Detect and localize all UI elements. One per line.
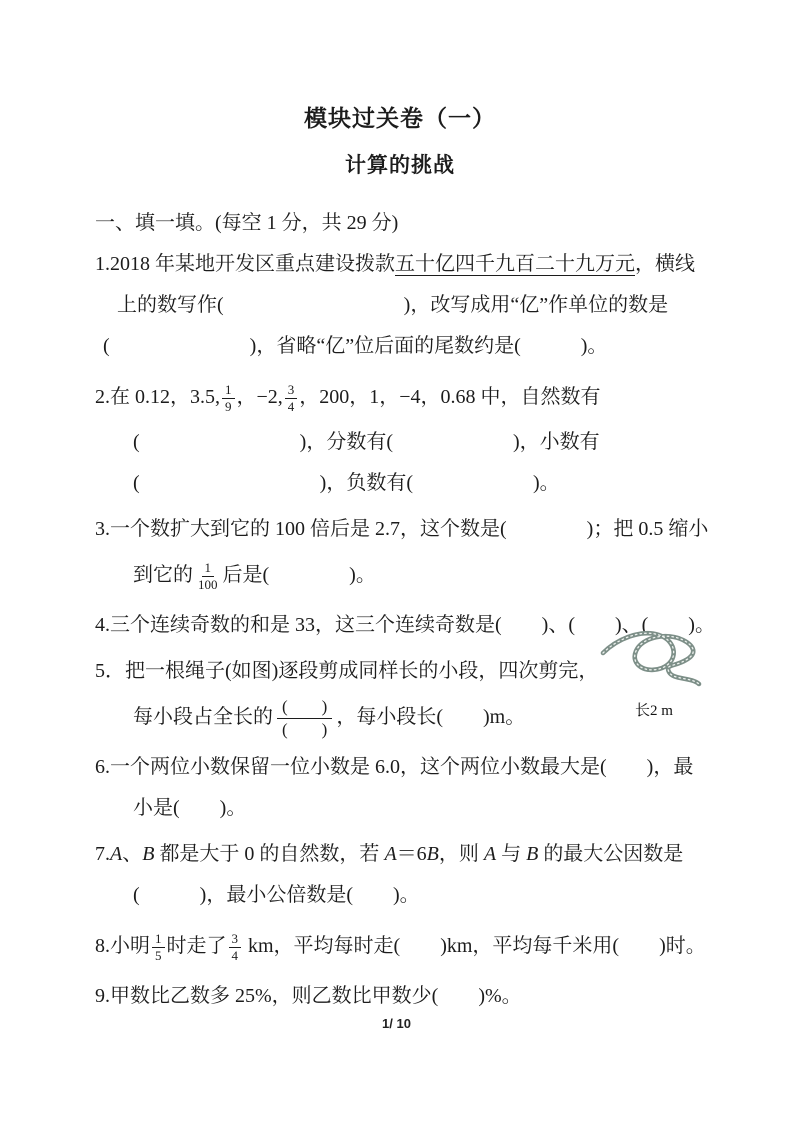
text-run: ，每小段长( )m。	[336, 706, 525, 728]
text-run: 7.	[95, 843, 110, 865]
question-line: 8.小明15时走了34 km，平均每时走( )km，平均每千米用( )时。	[95, 921, 705, 971]
question-line: 上的数写作( )，改写成用“亿”作单位的数是	[95, 285, 705, 326]
italic-variable: B	[142, 843, 154, 865]
text-run: 小是( )。	[133, 797, 246, 819]
question-8: 8.小明15时走了34 km，平均每时走( )km，平均每千米用( )时。	[95, 921, 705, 971]
fraction-numerator: 3	[285, 382, 298, 399]
question-9: 9.甲数比乙数多 25%，则乙数比甲数少( )%。	[95, 976, 705, 1017]
text-run: 9.甲数比乙数多 25%，则乙数比甲数少( )%。	[95, 985, 522, 1007]
text-run: 6.一个两位小数保留一位小数是 6.0，这个两位小数最大是( )，最	[95, 756, 693, 778]
rope-icon	[599, 621, 709, 693]
text-run: 、	[122, 843, 142, 865]
question-5: 长2 m 5．把一根绳子(如图)逐段剪成同样长的小段，四次剪完，每小段占全长的(…	[95, 651, 705, 742]
text-run: ，−2,	[237, 386, 283, 408]
text-run: 的最大公因数是	[538, 843, 683, 865]
page-subtitle: 计算的挑战	[95, 149, 705, 179]
italic-variable: B	[526, 843, 538, 865]
fraction-numerator: 1	[202, 560, 215, 577]
text-run: ＝6	[397, 843, 427, 865]
text-run: ( )，省略“亿”位后面的尾数约是( )。	[103, 335, 607, 357]
fraction-denominator: ( )	[277, 719, 332, 741]
question-3: 3.一个数扩大到它的 100 倍后是 2.7，这个数是( )；把 0.5 缩小到…	[95, 509, 705, 600]
question-line: 1.2018 年某地开发区重点建设拨款五十亿四千九百二十九万元，横线	[95, 244, 705, 285]
section-heading: 一、填一填。(每空 1 分，共 29 分)	[95, 203, 705, 244]
fraction: 34	[229, 931, 242, 965]
text-run: 3.一个数扩大到它的 100 倍后是 2.7，这个数是( )；把 0.5 缩小	[95, 518, 708, 540]
rope-figure: 长2 m	[597, 621, 711, 720]
text-run: 5．把一根绳子(如图)逐段剪成同样长的小段，四次剪完，	[95, 660, 598, 682]
text-run: ，横线	[635, 253, 695, 275]
fraction: 34	[285, 382, 298, 416]
question-6: 6.一个两位小数保留一位小数是 6.0，这个两位小数最大是( )，最小是( )。	[95, 747, 705, 829]
blank-fraction: ( )( )	[277, 696, 332, 741]
question-line: ( )，最小公倍数是( )。	[95, 875, 705, 916]
text-run: 8.小明	[95, 935, 150, 957]
fraction-numerator: 1	[222, 382, 235, 399]
text-run: 1.2018 年某地开发区重点建设拨款	[95, 253, 395, 275]
text-run: ( )，最小公倍数是( )。	[133, 884, 420, 906]
fraction: 19	[222, 382, 235, 416]
text-run: 时走了	[167, 935, 227, 957]
text-run: 上的数写作( )，改写成用“亿”作单位的数是	[117, 294, 668, 316]
text-run: 都是大于 0 的自然数，若	[154, 843, 384, 865]
text-run: 每小段占全长的	[133, 706, 273, 728]
question-1: 1.2018 年某地开发区重点建设拨款五十亿四千九百二十九万元，横线上的数写作(…	[95, 244, 705, 367]
question-2: 2.在 0.12，3.5,19，−2,34，200，1，−4，0.68 中，自然…	[95, 372, 705, 504]
fraction-numerator: 1	[152, 931, 165, 948]
text-run: km，平均每时走( )km，平均每千米用( )时。	[243, 935, 706, 957]
rope-length-label: 长2 m	[597, 699, 711, 720]
question-line: 3.一个数扩大到它的 100 倍后是 2.7，这个数是( )；把 0.5 缩小	[95, 509, 705, 550]
fraction: 15	[152, 931, 165, 965]
text-run: 到它的	[133, 564, 193, 586]
text-run: 2.在 0.12，3.5,	[95, 386, 220, 408]
question-line: 小是( )。	[95, 788, 705, 829]
text-run: ( )，分数有( )，小数有	[133, 431, 600, 453]
italic-variable: B	[427, 843, 439, 865]
question-line: 9.甲数比乙数多 25%，则乙数比甲数少( )%。	[95, 976, 705, 1017]
question-line: ( )，负数有( )。	[95, 463, 705, 504]
text-run: 后是( )。	[223, 564, 376, 586]
question-line: 2.在 0.12，3.5,19，−2,34，200，1，−4，0.68 中，自然…	[95, 372, 705, 422]
fraction-denominator: 9	[222, 399, 235, 415]
text-run: ，则	[439, 843, 484, 865]
fraction-numerator: ( )	[277, 696, 332, 719]
question-line: ( )，省略“亿”位后面的尾数约是( )。	[95, 326, 705, 367]
page-number: 1/ 10	[0, 1016, 793, 1031]
text-run: ，200，1，−4，0.68 中，自然数有	[299, 386, 600, 408]
fraction-denominator: 100	[195, 577, 221, 593]
italic-variable: A	[384, 843, 396, 865]
fraction-denominator: 4	[285, 399, 298, 415]
question-line: 6.一个两位小数保留一位小数是 6.0，这个两位小数最大是( )，最	[95, 747, 705, 788]
text-run: 与	[496, 843, 526, 865]
text-run: ( )，负数有( )。	[133, 472, 560, 494]
italic-variable: A	[110, 843, 122, 865]
questions: 1.2018 年某地开发区重点建设拨款五十亿四千九百二十九万元，横线上的数写作(…	[95, 244, 705, 1017]
fraction-numerator: 3	[229, 931, 242, 948]
fraction-denominator: 4	[229, 948, 242, 964]
page-title: 模块过关卷（一）	[95, 100, 705, 133]
question-line: 7.A、B 都是大于 0 的自然数，若 A＝6B，则 A 与 B 的最大公因数是	[95, 834, 705, 875]
question-line: 到它的1100后是( )。	[95, 550, 705, 600]
question-7: 7.A、B 都是大于 0 的自然数，若 A＝6B，则 A 与 B 的最大公因数是…	[95, 834, 705, 916]
worksheet-page: 模块过关卷（一） 计算的挑战 一、填一填。(每空 1 分，共 29 分) 1.2…	[0, 0, 793, 1122]
underlined-text: 五十亿四千九百二十九万元	[395, 253, 635, 276]
question-line: ( )，分数有( )，小数有	[95, 422, 705, 463]
italic-variable: A	[484, 843, 496, 865]
fraction-denominator: 5	[152, 948, 165, 964]
fraction: 1100	[195, 560, 221, 594]
